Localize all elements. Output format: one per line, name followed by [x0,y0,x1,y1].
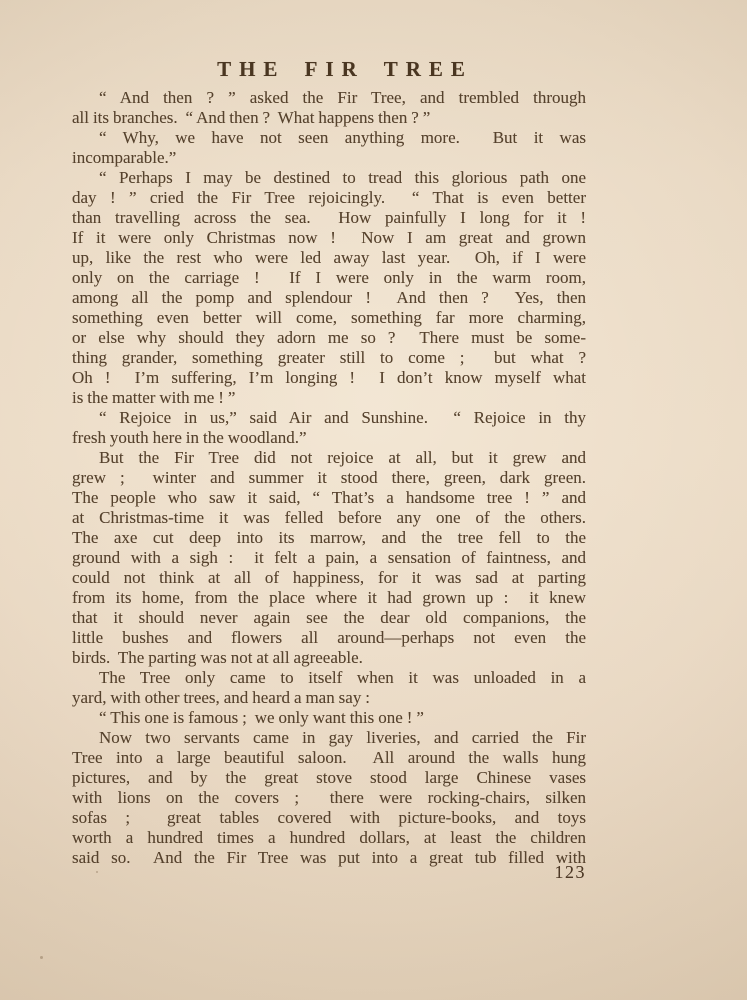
story-text-block: “ And then ? ” asked the Fir Tree, and t… [72,88,586,868]
text-line: pictures, and by the great stove stood l… [72,768,586,788]
text-line: only on the carriage ! If I were only in… [72,268,586,288]
text-line: yard, with other trees, and heard a man … [72,688,586,708]
text-line: “ And then ? ” asked the Fir Tree, and t… [72,88,586,108]
text-line: “ This one is famous ; we only want this… [72,708,586,728]
paper-speck [40,956,43,959]
text-line: up, like the rest who were led away last… [72,248,586,268]
text-line: Oh ! I’m suffering, I’m longing ! I don’… [72,368,586,388]
text-line: birds. The parting was not at all agreea… [72,648,586,668]
text-line: “ Perhaps I may be destined to tread thi… [72,168,586,188]
text-line: or else why should they adorn me so ? Th… [72,328,586,348]
text-line: day ! ” cried the Fir Tree rejoicingly. … [72,188,586,208]
text-line: than travelling across the sea. How pain… [72,208,586,228]
text-line: at Christmas-time it was felled before a… [72,508,586,528]
text-line: little bushes and flowers all around—per… [72,628,586,648]
text-line: with lions on the covers ; there were ro… [72,788,586,808]
text-line: Tree into a large beautiful saloon. All … [72,748,586,768]
text-line: that it should never again see the dear … [72,608,586,628]
text-line: But the Fir Tree did not rejoice at all,… [72,448,586,468]
text-line: The Tree only came to itself when it was… [72,668,586,688]
text-line: from its home, from the place where it h… [72,588,586,608]
text-line: “ Why, we have not seen anything more. B… [72,128,586,148]
text-line: Now two servants came in gay liveries, a… [72,728,586,748]
text-line: fresh youth here in the woodland.” [72,428,586,448]
text-line: If it were only Christmas now ! Now I am… [72,228,586,248]
text-line: The people who saw it said, “ That’s a h… [72,488,586,508]
text-line: all its branches. “ And then ? What happ… [72,108,586,128]
text-line: The axe cut deep into its marrow, and th… [72,528,586,548]
text-line: could not think at all of happiness, for… [72,568,586,588]
text-line: worth a hundred times a hundred dollars,… [72,828,586,848]
text-line: sofas ; great tables covered with pictur… [72,808,586,828]
running-head-title: THE FIR TREE [88,57,602,82]
text-line: is the matter with me ! ” [72,388,586,408]
text-line: “ Rejoice in us,” said Air and Sunshine.… [72,408,586,428]
text-line: among all the pomp and splendour ! And t… [72,288,586,308]
text-line: something even better will come, somethi… [72,308,586,328]
page-number: 123 [72,862,586,883]
text-line: thing grander, something greater still t… [72,348,586,368]
text-line: incomparable.” [72,148,586,168]
paper-speck [96,871,98,873]
book-page-scan: THE FIR TREE “ And then ? ” asked the Fi… [0,0,747,1000]
text-line: grew ; winter and summer it stood there,… [72,468,586,488]
text-line: ground with a sigh : it felt a pain, a s… [72,548,586,568]
